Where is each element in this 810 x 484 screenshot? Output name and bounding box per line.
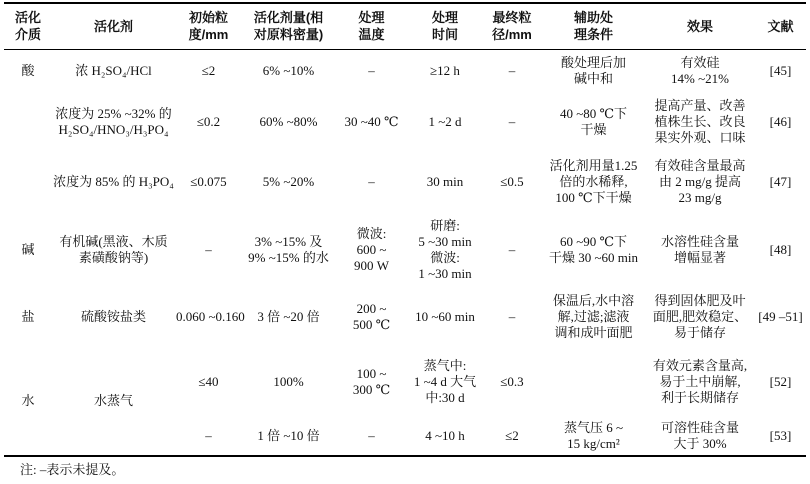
cell-reference: [53] xyxy=(755,417,806,456)
cell-aux: 酸处理后加 碱中和 xyxy=(542,49,645,92)
cell-aux xyxy=(542,347,645,417)
header-temperature: 处理 温度 xyxy=(335,3,408,49)
cell-time: 研磨: 5 ~30 min 微波: 1 ~30 min xyxy=(408,212,482,287)
cell-effect: 水溶性硅含量 增幅显著 xyxy=(645,212,755,287)
cell-final-size: – xyxy=(482,49,542,92)
cell-temperature: – xyxy=(335,49,408,92)
cell-aux: 60 ~90 ℃下 干燥 30 ~60 min xyxy=(542,212,645,287)
cell-activator: 硫酸铵盐类 xyxy=(52,287,175,347)
cell-final-size: ≤0.3 xyxy=(482,347,542,417)
cell-temperature: 微波: 600 ~ 900 W xyxy=(335,212,408,287)
cell-initial-size: 0.060 ~0.160 xyxy=(175,287,242,347)
cell-dose: 1 倍 ~10 倍 xyxy=(242,417,335,456)
header-dose: 活化剂量(相 对原料密量) xyxy=(242,3,335,49)
cell-temperature: – xyxy=(335,417,408,456)
header-row: 活化 介质 活化剂 初始粒 度/mm 活化剂量(相 对原料密量) 处理 温度 处… xyxy=(4,3,806,49)
table-row-acid-2: 浓度为 25% ~32% 的 H₂SO₄/HNO₃/H₃PO₄ ≤0.2 60%… xyxy=(4,92,806,152)
cell-effect: 有效硅含量最高 由 2 mg/g 提高 23 mg/g xyxy=(645,152,755,212)
cell-medium: 碱 xyxy=(4,212,52,287)
cell-activator: 浓度为 25% ~32% 的 H₂SO₄/HNO₃/H₃PO₄ xyxy=(52,92,175,152)
cell-final-size: – xyxy=(482,212,542,287)
cell-dose: 3 倍 ~20 倍 xyxy=(242,287,335,347)
header-activation-medium: 活化 介质 xyxy=(4,3,52,49)
cell-medium: 盐 xyxy=(4,287,52,347)
table-note: 注: –表示未提及。 xyxy=(4,457,806,479)
cell-time: ≥12 h xyxy=(408,49,482,92)
header-activator: 活化剂 xyxy=(52,3,175,49)
cell-effect: 有效元素含量高, 易于土中崩解, 利于长期储存 xyxy=(645,347,755,417)
table-row-salt: 盐 硫酸铵盐类 0.060 ~0.160 3 倍 ~20 倍 200 ~ 500… xyxy=(4,287,806,347)
cell-effect: 得到固体肥及叶 面肥,肥效稳定、 易于储存 xyxy=(645,287,755,347)
cell-final-size: ≤2 xyxy=(482,417,542,456)
cell-temperature: 30 ~40 ℃ xyxy=(335,92,408,152)
cell-temperature: – xyxy=(335,152,408,212)
header-initial-size: 初始粒 度/mm xyxy=(175,3,242,49)
cell-initial-size: – xyxy=(175,417,242,456)
cell-initial-size: ≤2 xyxy=(175,49,242,92)
cell-activator: 浓度为 85% 的 H₃PO₄ xyxy=(52,152,175,212)
cell-initial-size: ≤0.2 xyxy=(175,92,242,152)
header-time: 处理 时间 xyxy=(408,3,482,49)
header-reference: 文献 xyxy=(755,3,806,49)
cell-time: 4 ~10 h xyxy=(408,417,482,456)
cell-initial-size: – xyxy=(175,212,242,287)
cell-final-size: ≤0.5 xyxy=(482,152,542,212)
table-body: 酸 浓 H₂SO₄/HCl ≤2 6% ~10% – ≥12 h – 酸处理后加… xyxy=(4,49,806,456)
header-final-size: 最终粒 径/mm xyxy=(482,3,542,49)
document-page: 活化 介质 活化剂 初始粒 度/mm 活化剂量(相 对原料密量) 处理 温度 处… xyxy=(0,0,810,484)
cell-reference: [47] xyxy=(755,152,806,212)
cell-time: 蒸气中: 1 ~4 d 大气 中:30 d xyxy=(408,347,482,417)
cell-dose: 3% ~15% 及 9% ~15% 的水 xyxy=(242,212,335,287)
table-row-water-1: 水 水蒸气 ≤40 100% 100 ~ 300 ℃ 蒸气中: 1 ~4 d 大… xyxy=(4,347,806,417)
cell-reference: [52] xyxy=(755,347,806,417)
cell-temperature: 100 ~ 300 ℃ xyxy=(335,347,408,417)
cell-dose: 60% ~80% xyxy=(242,92,335,152)
cell-aux: 蒸气压 6 ~ 15 kg/cm² xyxy=(542,417,645,456)
header-effect: 效果 xyxy=(645,3,755,49)
cell-final-size: – xyxy=(482,92,542,152)
cell-aux: 40 ~80 ℃下 干燥 xyxy=(542,92,645,152)
cell-effect: 提高产量、改善 植株生长、改良 果实外观、口味 xyxy=(645,92,755,152)
table-row-alkali: 碱 有机碱(黑液、木质 素磺酸钠等) – 3% ~15% 及 9% ~15% 的… xyxy=(4,212,806,287)
cell-initial-size: ≤40 xyxy=(175,347,242,417)
cell-initial-size: ≤0.075 xyxy=(175,152,242,212)
activation-methods-table: 活化 介质 活化剂 初始粒 度/mm 活化剂量(相 对原料密量) 处理 温度 处… xyxy=(4,2,806,457)
cell-medium: 水 xyxy=(4,347,52,456)
cell-medium: 酸 xyxy=(4,49,52,92)
table-header: 活化 介质 活化剂 初始粒 度/mm 活化剂量(相 对原料密量) 处理 温度 处… xyxy=(4,3,806,49)
cell-medium xyxy=(4,152,52,212)
cell-aux: 保温后,水中溶 解,过滤;滤液 调和成叶面肥 xyxy=(542,287,645,347)
cell-reference: [49 –51] xyxy=(755,287,806,347)
cell-reference: [48] xyxy=(755,212,806,287)
cell-effect: 有效硅 14% ~21% xyxy=(645,49,755,92)
cell-dose: 100% xyxy=(242,347,335,417)
table-row-acid-3: 浓度为 85% 的 H₃PO₄ ≤0.075 5% ~20% – 30 min … xyxy=(4,152,806,212)
cell-reference: [45] xyxy=(755,49,806,92)
header-aux-conditions: 辅助处 理条件 xyxy=(542,3,645,49)
cell-activator: 浓 H₂SO₄/HCl xyxy=(52,49,175,92)
cell-temperature: 200 ~ 500 ℃ xyxy=(335,287,408,347)
cell-final-size: – xyxy=(482,287,542,347)
cell-time: 30 min xyxy=(408,152,482,212)
cell-dose: 6% ~10% xyxy=(242,49,335,92)
cell-medium xyxy=(4,92,52,152)
cell-time: 10 ~60 min xyxy=(408,287,482,347)
table-row-acid-1: 酸 浓 H₂SO₄/HCl ≤2 6% ~10% – ≥12 h – 酸处理后加… xyxy=(4,49,806,92)
cell-aux: 活化剂用量1.25 倍的水稀释, 100 ℃下干燥 xyxy=(542,152,645,212)
cell-reference: [46] xyxy=(755,92,806,152)
cell-effect: 可溶性硅含量 大于 30% xyxy=(645,417,755,456)
cell-activator: 水蒸气 xyxy=(52,347,175,456)
cell-time: 1 ~2 d xyxy=(408,92,482,152)
cell-dose: 5% ~20% xyxy=(242,152,335,212)
cell-activator: 有机碱(黑液、木质 素磺酸钠等) xyxy=(52,212,175,287)
